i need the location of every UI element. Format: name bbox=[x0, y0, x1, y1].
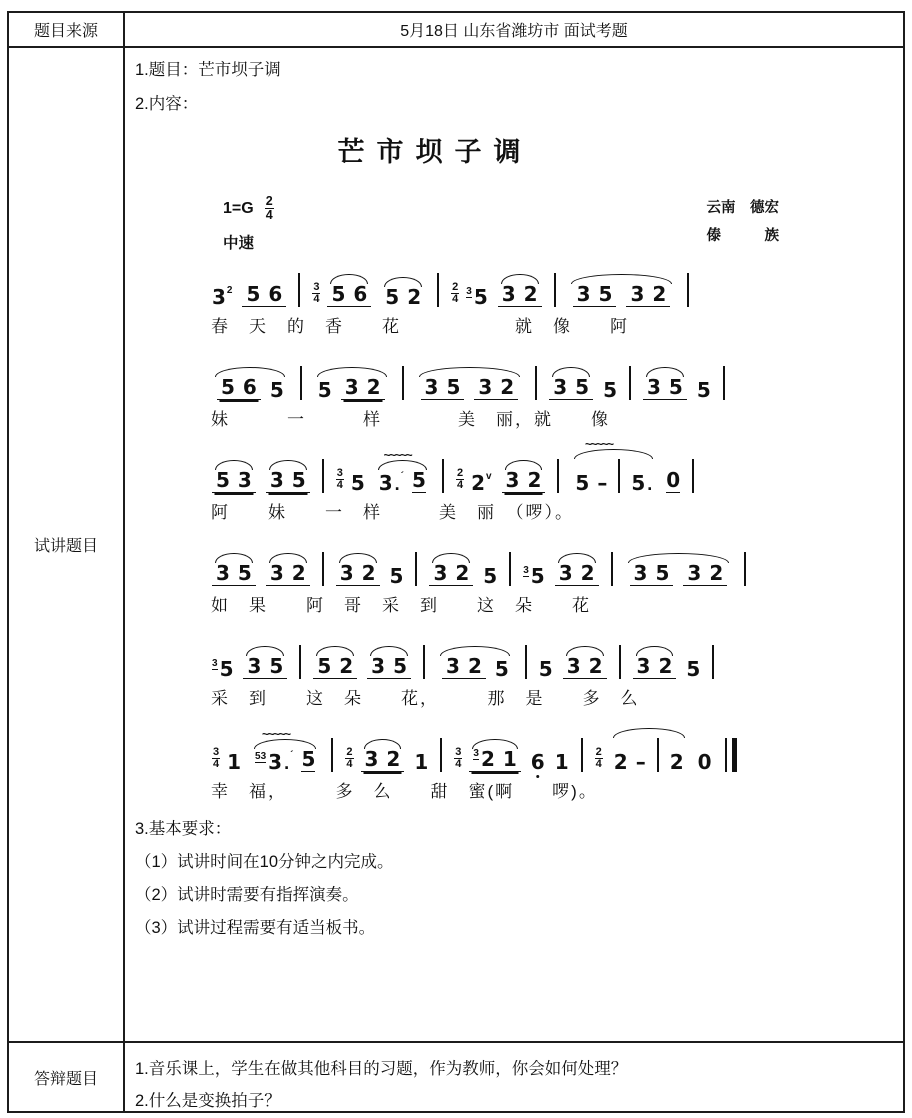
requirement-line: （3）试讲过程需要有适当板书。 bbox=[135, 914, 895, 938]
beam-group: 325 bbox=[437, 656, 513, 679]
requirements-list: （1）试讲时间在10分钟之内完成。（2）试讲时需要有指挥演奏。（3）试讲过程需要… bbox=[135, 848, 895, 938]
note-number: 3 bbox=[216, 563, 230, 583]
note-number: 2 bbox=[589, 656, 603, 676]
note-number: 3 bbox=[268, 752, 282, 772]
note: 6 bbox=[531, 752, 545, 772]
beam-group: 3532 bbox=[625, 563, 733, 586]
note: 5 bbox=[390, 566, 404, 586]
ornament-mark: v bbox=[486, 472, 492, 482]
barline bbox=[692, 459, 694, 493]
meter-signature: 24 bbox=[456, 468, 464, 491]
key-value: 1=G bbox=[223, 200, 254, 218]
note: 3 bbox=[502, 284, 516, 304]
notation-line: 353232532535323532 bbox=[207, 536, 895, 586]
barline bbox=[440, 738, 442, 772]
note-number: 3 bbox=[559, 563, 573, 583]
note-number: 5 bbox=[385, 287, 399, 307]
note-number: 5 bbox=[655, 563, 669, 583]
beam-group: 532 bbox=[314, 377, 390, 400]
note-number: 3 bbox=[647, 377, 661, 397]
notation-line: 341~~~~~533.´5243213432161242–20 bbox=[207, 722, 895, 772]
meter-signature: 34 bbox=[312, 282, 320, 305]
note: 2 bbox=[407, 287, 421, 307]
note: – bbox=[597, 473, 607, 493]
note-number: – bbox=[597, 473, 607, 493]
requirement-line: （2）试讲时需要有指挥演奏。 bbox=[135, 881, 895, 905]
note-group: 32 bbox=[633, 645, 677, 679]
note-number: 5 bbox=[331, 284, 345, 304]
note-group: 56 bbox=[242, 284, 286, 307]
note-number: 3 bbox=[502, 284, 516, 304]
note-number: 2 bbox=[468, 656, 482, 676]
meter-signature: 34 bbox=[454, 747, 462, 770]
score-system-6: 341~~~~~533.´5243213432161242–20幸 福， 多 么… bbox=[207, 722, 895, 802]
note-number: 3 bbox=[478, 377, 492, 397]
requirement-line: （1）试讲时间在10分钟之内完成。 bbox=[135, 848, 895, 872]
note-number: 5 bbox=[669, 377, 683, 397]
note-number: 5 bbox=[495, 659, 509, 679]
note: 0 bbox=[698, 752, 712, 772]
barline bbox=[299, 645, 301, 679]
note: 3 bbox=[647, 377, 661, 397]
meter-signature: 2 4 bbox=[265, 195, 274, 221]
note-number: 2 bbox=[614, 752, 628, 772]
note-group: 56 bbox=[327, 273, 371, 307]
note-number: 6 bbox=[353, 284, 367, 304]
note-group: 35 bbox=[643, 366, 687, 400]
note-number: 6 bbox=[243, 377, 257, 397]
barline bbox=[298, 273, 300, 307]
barline bbox=[581, 738, 583, 772]
note-number: 2 bbox=[652, 284, 666, 304]
meter-bottom: 4 bbox=[313, 294, 319, 305]
note: 3 bbox=[577, 284, 591, 304]
credit-ethnic: 傣 族 bbox=[707, 223, 780, 251]
score-credits: 云南 德宏 傣 族 bbox=[707, 195, 780, 253]
barline bbox=[322, 459, 324, 493]
note-group: 565 bbox=[212, 366, 288, 400]
note-number: 2 bbox=[471, 473, 485, 493]
note-number: 5 bbox=[631, 473, 645, 493]
exam-question-sheet: 题目来源 5月18日 山东省潍坊市 面试考题 试讲题目 1.题目：芒市坝子调 2… bbox=[0, 0, 912, 1118]
note: 5 bbox=[697, 380, 711, 400]
note-group: 32 bbox=[683, 563, 727, 586]
score-system-5: 35355235325532325采 到 这 朵 花， 那 是 多 么 bbox=[207, 629, 895, 709]
defense-question: 1.音乐课上，学生在做其他科目的习题，作为教师，你会如何处理？ bbox=[135, 1055, 895, 1079]
note: 2 bbox=[614, 752, 628, 772]
grace-note: 3 bbox=[523, 566, 529, 577]
note: 5 bbox=[301, 749, 315, 772]
final-barline bbox=[725, 738, 737, 772]
defense-question: 2.什么是变换拍子？ bbox=[135, 1087, 895, 1111]
note-number: 3 bbox=[630, 284, 644, 304]
note: 6 bbox=[243, 377, 257, 397]
note-group: 32 bbox=[361, 738, 405, 772]
note: 2 bbox=[500, 377, 514, 397]
meter-bottom: 4 bbox=[337, 480, 343, 491]
barline bbox=[712, 645, 714, 679]
note-number: 3 bbox=[506, 470, 520, 490]
note-group: 35 bbox=[367, 645, 411, 679]
meter-signature: 34 bbox=[212, 747, 220, 770]
note: 3 bbox=[433, 563, 447, 583]
meter-signature: 24 bbox=[345, 747, 353, 770]
note: 3 bbox=[506, 470, 520, 490]
beam-group: 32 bbox=[502, 470, 546, 493]
note-group: 325 bbox=[437, 645, 513, 679]
note-number: 2 bbox=[481, 749, 495, 769]
note-number: 5 bbox=[269, 656, 283, 676]
note-number: 3 bbox=[577, 284, 591, 304]
note: 1 bbox=[414, 752, 428, 772]
notation-line: 5655323532355355 bbox=[207, 350, 895, 400]
score-systems: 32563456522435323532春 天 的 香 花 就 像 阿56553… bbox=[207, 257, 895, 802]
beam-group: 35 bbox=[266, 470, 310, 493]
grace-note: 3 bbox=[466, 287, 472, 298]
barline bbox=[322, 552, 324, 586]
barline bbox=[331, 738, 333, 772]
note-group: 321 bbox=[469, 738, 520, 772]
beam-group: 35 bbox=[573, 284, 617, 307]
score-meta: 1=G 2 4 中速 云南 德宏 傣 族 bbox=[223, 195, 779, 253]
beam-group: 35 bbox=[643, 377, 687, 400]
note: 5 bbox=[246, 284, 260, 304]
beam-group: 56 bbox=[217, 377, 261, 400]
beam-group: 35 bbox=[243, 656, 287, 679]
meter-bottom: 4 bbox=[346, 759, 352, 770]
ornament-mark: ´ bbox=[401, 472, 404, 482]
beam-group: 35 bbox=[212, 563, 256, 586]
note: 5 bbox=[446, 377, 460, 397]
lecture-label: 试讲题目 bbox=[9, 48, 125, 1041]
source-label: 题目来源 bbox=[9, 13, 125, 46]
note-group: 32 bbox=[336, 552, 380, 586]
note-number: 3 bbox=[433, 563, 447, 583]
note: 5 bbox=[292, 470, 306, 490]
score-system-4: 353232532535323532如 果 阿 哥 采 到 这 朵 花 bbox=[207, 536, 895, 616]
note: 35 bbox=[466, 287, 487, 307]
barline bbox=[618, 459, 620, 493]
note: 2 bbox=[589, 656, 603, 676]
note: 533.´ bbox=[255, 752, 293, 772]
note: 5. bbox=[631, 473, 652, 493]
note: 5 bbox=[238, 563, 252, 583]
note-number: 3 bbox=[345, 377, 359, 397]
note-group: ~~~~~3.´5 bbox=[375, 451, 430, 493]
note-number: 5 bbox=[221, 377, 235, 397]
note: 3 bbox=[634, 563, 648, 583]
note-number: 5 bbox=[216, 470, 230, 490]
note-number: 5 bbox=[351, 473, 365, 493]
note: 5 bbox=[599, 284, 613, 304]
note-number: 5 bbox=[446, 377, 460, 397]
note-number: 3 bbox=[365, 749, 379, 769]
note-number: 6 bbox=[531, 752, 545, 772]
note-group: ~~~~~5–5. bbox=[571, 440, 656, 493]
note-group: 35 bbox=[549, 366, 593, 400]
meter-signature: 24 bbox=[595, 747, 603, 770]
note-number: 2 bbox=[527, 470, 541, 490]
note: 3 bbox=[247, 656, 261, 676]
beam-group: 35 bbox=[367, 656, 411, 679]
note: – bbox=[636, 752, 646, 772]
note-number: 5 bbox=[318, 380, 332, 400]
beam-group: 32 bbox=[474, 377, 518, 400]
content-line: 2.内容： bbox=[135, 90, 895, 114]
beam-group: 52 bbox=[381, 287, 425, 307]
beam-group: 35 bbox=[549, 377, 593, 400]
note: 3 bbox=[238, 470, 252, 490]
note: 1 bbox=[503, 749, 517, 769]
meter-bottom: 4 bbox=[213, 759, 219, 770]
beam-group: 32 bbox=[498, 284, 542, 307]
beam-group: 32 bbox=[336, 563, 380, 586]
grace-note: 3 bbox=[212, 659, 218, 670]
meter-signature: 24 bbox=[451, 282, 459, 305]
beam-group: 56 bbox=[327, 284, 371, 307]
note-number: 2 bbox=[455, 563, 469, 583]
note: 3 bbox=[345, 377, 359, 397]
note: 5 bbox=[495, 659, 509, 679]
note-number: 6 bbox=[268, 284, 282, 304]
note-number: 5 bbox=[246, 284, 260, 304]
beam-group: 32 bbox=[683, 563, 727, 586]
note-number: 3 bbox=[553, 377, 567, 397]
note: 3 bbox=[567, 656, 581, 676]
beam-group: 3532 bbox=[416, 377, 524, 400]
source-row: 题目来源 5月18日 山东省潍坊市 面试考题 bbox=[9, 13, 903, 48]
note-number: 5 bbox=[603, 380, 617, 400]
barline bbox=[611, 552, 613, 586]
note-group: 52 bbox=[381, 276, 425, 307]
note-number: 1 bbox=[227, 752, 241, 772]
note: 2 bbox=[524, 284, 538, 304]
meter-bottom: 4 bbox=[457, 480, 463, 491]
beam-group: 53 bbox=[212, 470, 256, 493]
note: 5 bbox=[539, 659, 553, 679]
meter-bottom: 4 bbox=[452, 294, 458, 305]
note-number: 5 bbox=[393, 656, 407, 676]
note-group: 35 bbox=[630, 563, 674, 586]
score-title: 芒市坝子调 bbox=[135, 130, 895, 169]
note-number: 5 bbox=[697, 380, 711, 400]
note: 2 bbox=[339, 656, 353, 676]
note: 2 bbox=[367, 377, 381, 397]
note-group: 32 bbox=[555, 552, 599, 586]
defense-content: 1.音乐课上，学生在做其他科目的习题，作为教师，你会如何处理？2.什么是变换拍子… bbox=[125, 1043, 903, 1111]
lecture-row: 试讲题目 1.题目：芒市坝子调 2.内容： 芒市坝子调 1=G 2 4 bbox=[9, 48, 903, 1043]
note-group: 532 bbox=[314, 366, 390, 400]
barline bbox=[509, 552, 511, 586]
defense-row: 答辩题目 1.音乐课上，学生在做其他科目的习题，作为教师，你会如何处理？2.什么… bbox=[9, 1043, 903, 1111]
beam-group: 3.´5 bbox=[375, 470, 430, 493]
note: 0 bbox=[666, 470, 680, 493]
beam-group: 35 bbox=[421, 377, 465, 400]
note-group: 3532 bbox=[568, 273, 676, 307]
note-number: 5 bbox=[238, 563, 252, 583]
octave-dot bbox=[536, 775, 540, 779]
note-number: – bbox=[636, 752, 646, 772]
note-number: 0 bbox=[698, 752, 712, 772]
barline bbox=[687, 273, 689, 307]
note-group: 35 bbox=[573, 284, 617, 307]
note: 5 bbox=[603, 380, 617, 400]
note-group: 32 bbox=[502, 459, 546, 493]
note: 2 bbox=[670, 752, 684, 772]
augmentation-dot: . bbox=[284, 754, 289, 772]
note-number: 5 bbox=[483, 566, 497, 586]
grace-note: 53 bbox=[255, 752, 266, 763]
note: 5 bbox=[669, 377, 683, 397]
key-signature: 1=G 2 4 bbox=[223, 195, 276, 223]
barline bbox=[415, 552, 417, 586]
barline bbox=[423, 645, 425, 679]
barline bbox=[557, 459, 559, 493]
notation-line: 35355235325532325 bbox=[207, 629, 895, 679]
note-group: 35 bbox=[266, 459, 310, 493]
note: 5 bbox=[351, 473, 365, 493]
note: 5 bbox=[318, 380, 332, 400]
note-number: 2 bbox=[292, 563, 306, 583]
note: 3 bbox=[446, 656, 460, 676]
lyrics-line: 采 到 这 朵 花， 那 是 多 么 bbox=[211, 684, 895, 709]
note-number: 2 bbox=[339, 656, 353, 676]
note-number: 2 bbox=[407, 287, 421, 307]
note: 2 bbox=[455, 563, 469, 583]
barline bbox=[525, 645, 527, 679]
note-number: 1 bbox=[555, 752, 569, 772]
note: 5 bbox=[686, 659, 700, 679]
note: 5 bbox=[331, 284, 345, 304]
note: 5 bbox=[575, 473, 589, 493]
beam-group: 32 bbox=[633, 656, 677, 679]
note-group: 35 bbox=[243, 645, 287, 679]
note-number: 5 bbox=[575, 473, 589, 493]
barline bbox=[402, 366, 404, 400]
barline bbox=[535, 366, 537, 400]
note-number: 5 bbox=[390, 566, 404, 586]
note: 6 bbox=[353, 284, 367, 304]
note-number: 2 bbox=[670, 752, 684, 772]
note: 3 bbox=[553, 377, 567, 397]
grace-note: 3 bbox=[473, 749, 479, 760]
note-number: 5 bbox=[531, 566, 545, 586]
beam-group: 533.´5 bbox=[251, 749, 319, 772]
note-number: 5 bbox=[474, 287, 488, 307]
note-group: 2–2 bbox=[610, 727, 688, 772]
note-group: 32 bbox=[498, 273, 542, 307]
score-system-2: 5655323532355355妹 一 样 美 丽，就 像 bbox=[207, 350, 895, 430]
note: 5 bbox=[655, 563, 669, 583]
beam-group: 32 bbox=[442, 656, 486, 679]
lyrics-line: 妹 一 样 美 丽，就 像 bbox=[211, 405, 895, 430]
meter-signature: 34 bbox=[336, 468, 344, 491]
note: 2 bbox=[292, 563, 306, 583]
defense-label: 答辩题目 bbox=[9, 1043, 125, 1111]
meter-bottom: 4 bbox=[596, 759, 602, 770]
notation-line: 32563456522435323532 bbox=[207, 257, 895, 307]
note-number: 0 bbox=[666, 470, 680, 493]
score-system-1: 32563456522435323532春 天 的 香 花 就 像 阿 bbox=[207, 257, 895, 337]
note: 5 bbox=[221, 377, 235, 397]
source-value: 5月18日 山东省潍坊市 面试考题 bbox=[125, 13, 903, 46]
note: 3 bbox=[216, 563, 230, 583]
note: 3 bbox=[478, 377, 492, 397]
note-group: 52 bbox=[313, 645, 357, 679]
note: 3.´ bbox=[379, 473, 404, 493]
note: 2 bbox=[658, 656, 672, 676]
lyrics-line: 阿 妹 一 样 美 丽 （啰）。 bbox=[211, 498, 895, 523]
note-number: 3 bbox=[446, 656, 460, 676]
barline bbox=[629, 366, 631, 400]
augmentation-dot: . bbox=[647, 475, 652, 493]
credit-region: 云南 德宏 bbox=[707, 195, 780, 223]
barline bbox=[300, 366, 302, 400]
note-group: 53 bbox=[212, 459, 256, 493]
note-number: 3 bbox=[270, 470, 284, 490]
barline bbox=[554, 273, 556, 307]
lyrics-line: 如 果 阿 哥 采 到 这 朵 花 bbox=[211, 591, 895, 616]
note-number: 5 bbox=[301, 749, 315, 772]
note: 2 bbox=[581, 563, 595, 583]
note: 5 bbox=[412, 470, 426, 493]
note: 5 bbox=[483, 566, 497, 586]
note: 3 bbox=[687, 563, 701, 583]
note-number: 2 bbox=[362, 563, 376, 583]
note-number: 1 bbox=[414, 752, 428, 772]
note-number: 2 bbox=[709, 563, 723, 583]
barline bbox=[723, 366, 725, 400]
note: 3 bbox=[270, 470, 284, 490]
note-number: 5 bbox=[686, 659, 700, 679]
note: 5 bbox=[393, 656, 407, 676]
note-number: 3 bbox=[637, 656, 651, 676]
note-number: 1 bbox=[503, 749, 517, 769]
ornament-mark: ´ bbox=[290, 751, 293, 761]
note-group: 32 bbox=[341, 377, 385, 400]
note: 2 bbox=[652, 284, 666, 304]
note-number: 3 bbox=[270, 563, 284, 583]
barline bbox=[657, 738, 659, 772]
note: 3 bbox=[559, 563, 573, 583]
note: 5 bbox=[385, 287, 399, 307]
note: 3 bbox=[630, 284, 644, 304]
note-number: 5 bbox=[412, 470, 426, 493]
note-number: 3 bbox=[247, 656, 261, 676]
meter-bottom: 4 bbox=[455, 759, 461, 770]
question-table: 题目来源 5月18日 山东省潍坊市 面试考题 试讲题目 1.题目：芒市坝子调 2… bbox=[7, 11, 905, 1113]
key-block: 1=G 2 4 中速 bbox=[223, 195, 276, 253]
beam-group: 32 bbox=[361, 749, 405, 772]
score-system-3: 5335345~~~~~3.´5242v32~~~~~5–5.0阿 妹 一 样 … bbox=[207, 443, 895, 523]
barline bbox=[442, 459, 444, 493]
note-group: 32 bbox=[474, 377, 518, 400]
barline bbox=[619, 645, 621, 679]
barline bbox=[437, 273, 439, 307]
note-group: 32 bbox=[442, 656, 486, 679]
meter-top: 2 bbox=[265, 195, 274, 209]
slur-arc bbox=[613, 728, 685, 738]
note-number: 2 bbox=[658, 656, 672, 676]
note-group: 32 bbox=[563, 645, 607, 679]
meter-bottom: 4 bbox=[266, 209, 273, 222]
note: 6 bbox=[268, 284, 282, 304]
beam-group: 52 bbox=[313, 656, 357, 679]
note: 1 bbox=[555, 752, 569, 772]
note: 3 bbox=[371, 656, 385, 676]
note: 2 bbox=[362, 563, 376, 583]
note: 3 bbox=[340, 563, 354, 583]
